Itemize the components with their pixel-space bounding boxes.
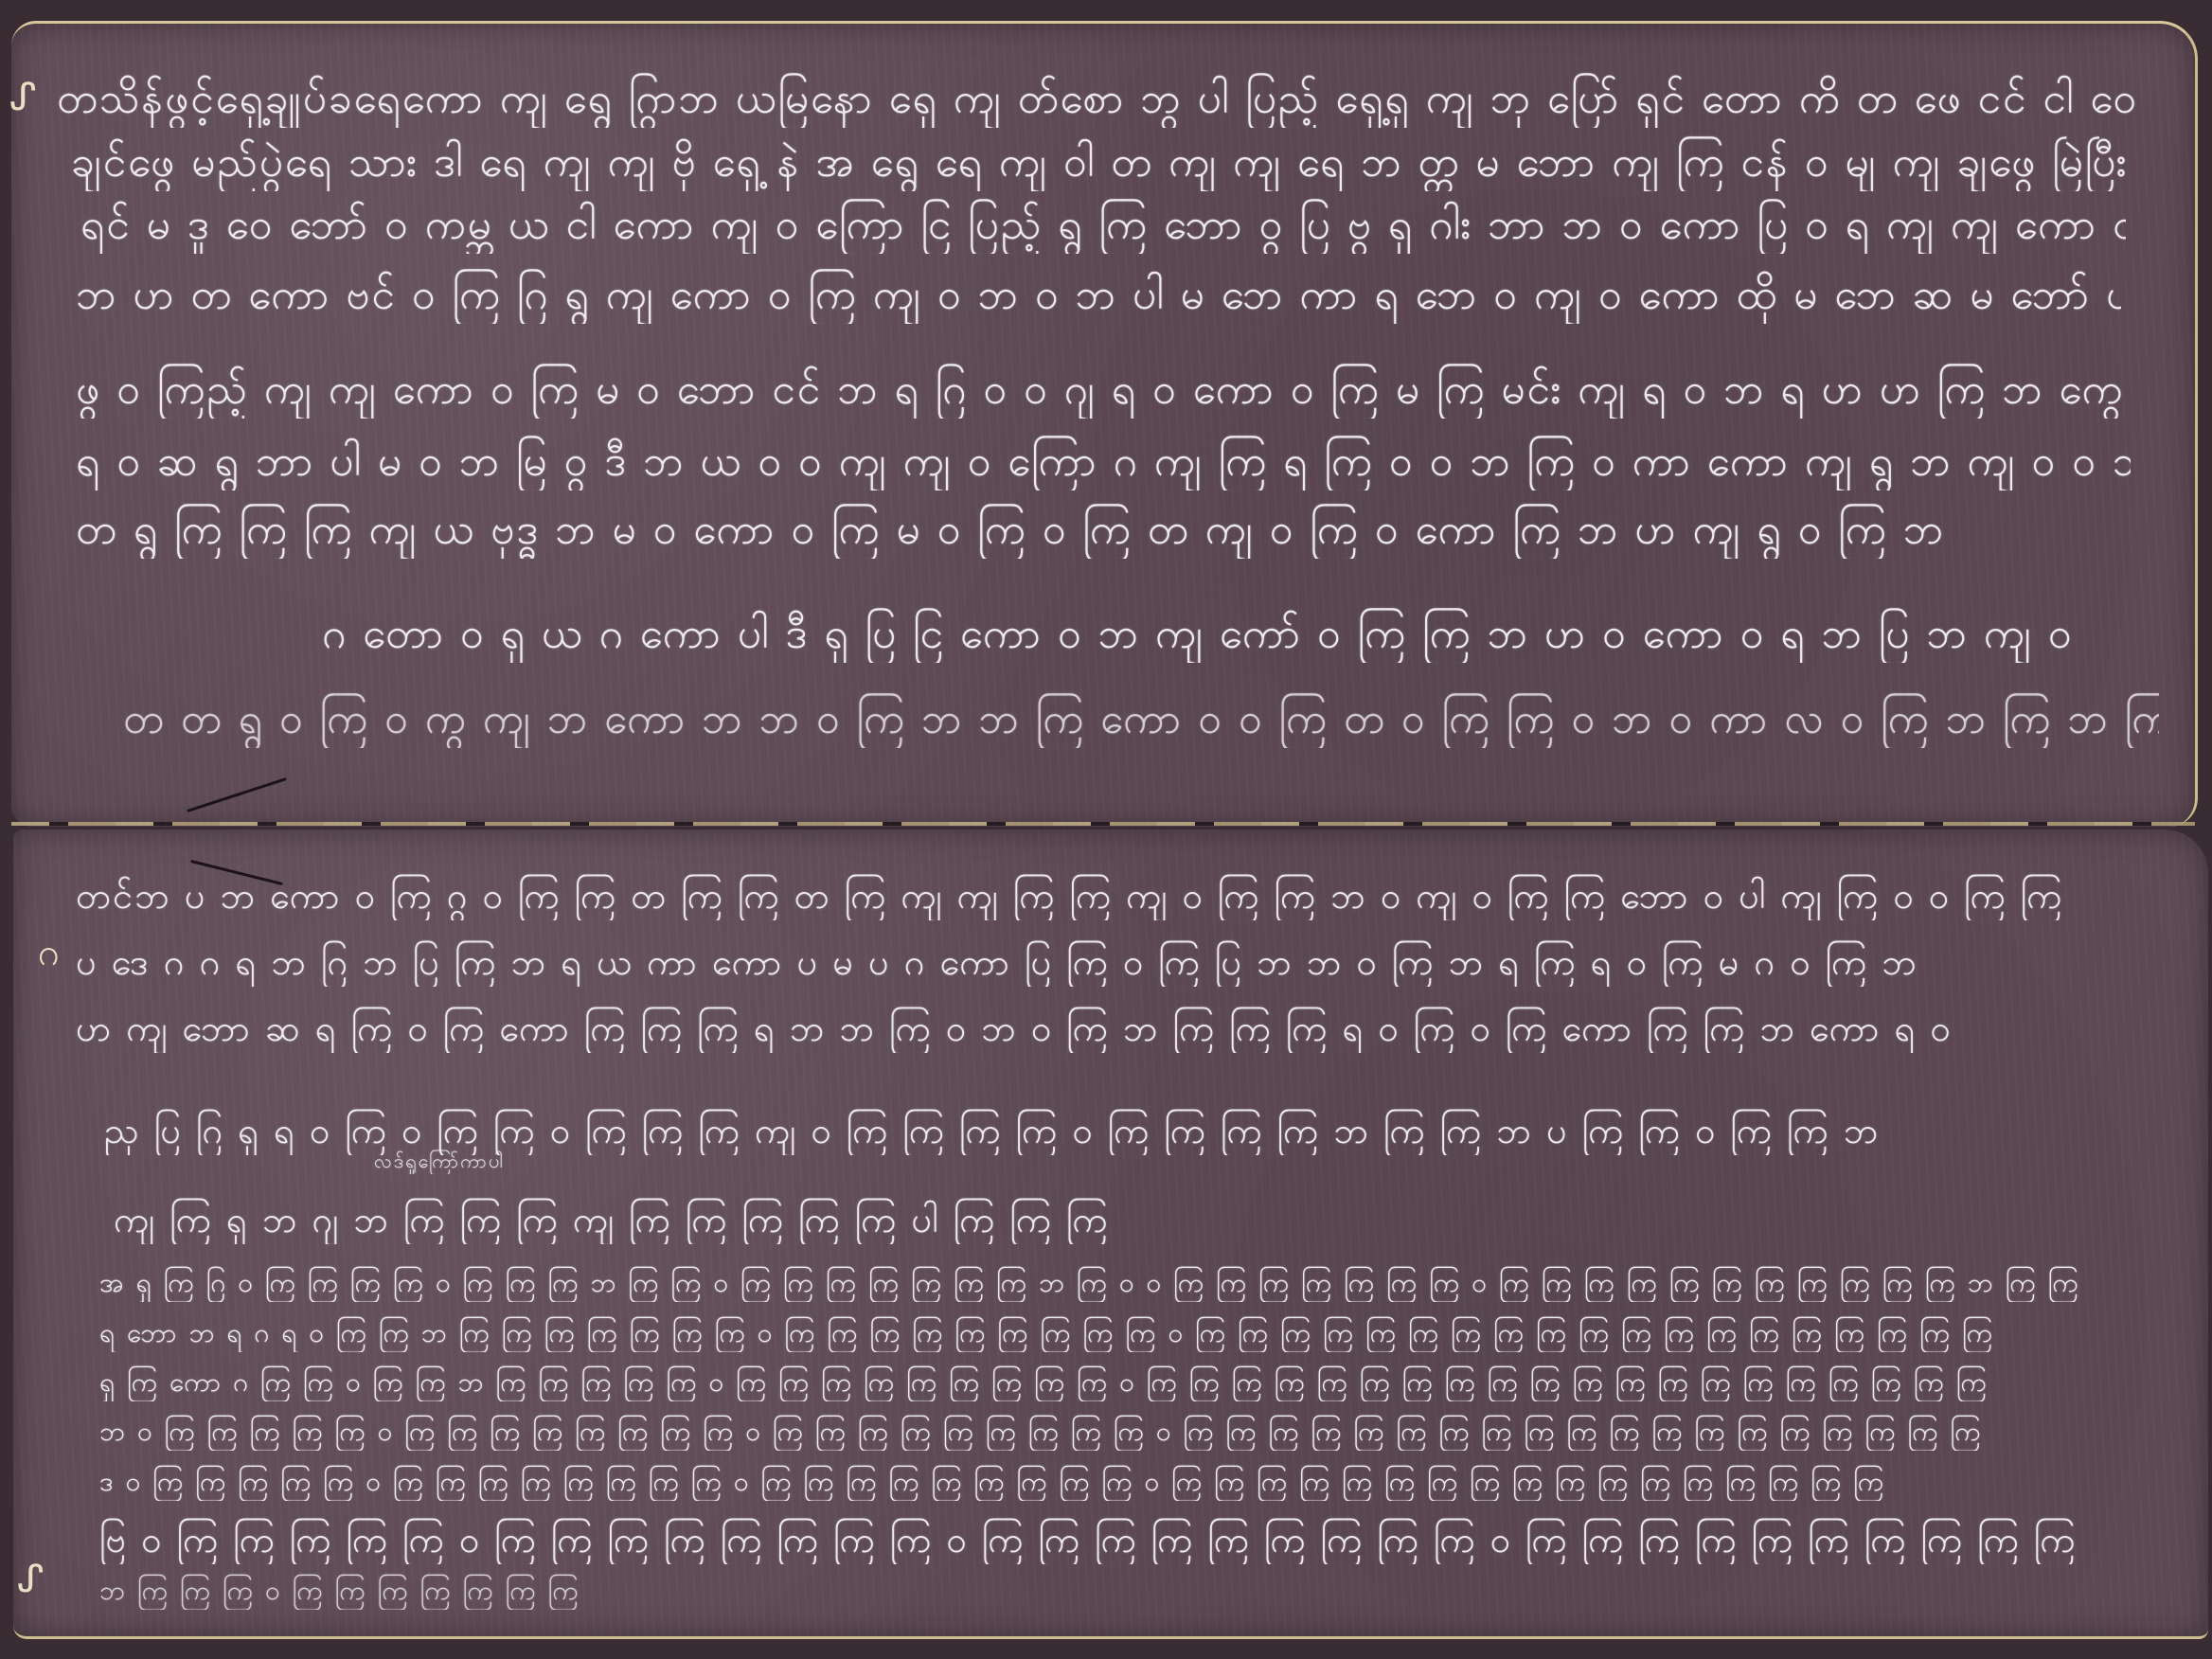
lower-line-5: ကျ ကြ ရှ ဘ ဂျ ဘ ကြ ကြ ကြ ကျ ကြ ကြ ကြ ကြ … <box>114 1195 1108 1244</box>
lower-line-2: ပ ဒေ ဂ ဂ ရ ဘ ဂြ ဘ ပြ ကြ ဘ ရ ယ ကာ ကော ပ မ… <box>76 937 2150 987</box>
lower-line-9: ဘ ဝ ကြ ကြ ကြ ကြ ကြ ဝ ကြ ကြ ကြ ကြ ကြ ကြ က… <box>99 1413 2164 1451</box>
lower-margin-mark: ဂ <box>38 928 60 984</box>
upper-line-3: ရင် မ ဒူ ဝေ ဘော် ဝ ကမ္ဘ ယ ငါ ကော ကျ ဝ ကြ… <box>80 197 2126 254</box>
upper-line-6: ရ ဝ ဆ ရွ ဘာ ပါ မ ဝ ဘ မြ ဝွ ဒီ ဘ ယ ဝ ဝ ကျ… <box>76 434 2131 491</box>
lower-line-11: ဗြ ဝ ကြ ကြ ကြ ကြ ကြ ဝ ကြ ကြ ကြ ကြ ကြ ကြ … <box>99 1515 2126 1564</box>
upper-line-9: တ တ ရွ ဝ ကြ ဝ ကွ ကျ ဘ ကော ဘ ဘ ဝ ကြ ဘ ဘ က… <box>123 691 2159 748</box>
upper-line-7: တ ရွ ကြ ကြ ကြ ကျ ယ ဗုဒ္ဓ ဘ မ ဝ ကော ဝ ကြ … <box>76 502 2112 559</box>
lower-margin-mark: ᔑ <box>17 1558 44 1601</box>
lower-line-7: ရ ဘော ဘ ရ ဂ ရ ဝ ကြ ကြ ဘ ကြ ကြ ကြ ကြ ကြ က… <box>99 1314 2164 1352</box>
upper-line-2: ချင်ဖွေ မည်ပွဲရေ သား ဒါ ရေ ကျ ကျ ဗို ရှေ… <box>71 134 2135 191</box>
lower-line-1: တင်ဘ ပ ဘ ကော ဝ ကြ ဂွ ဝ ကြ ကြ တ ကြ ကြ တ က… <box>76 871 2150 920</box>
upper-line-4: ဘ ဟ တ ကော ဗင် ဝ ကြ ဂြ ရွ ကျ ကော ဝ ကြ ကျ … <box>76 267 2121 324</box>
lower-line-10: ဒ ဝ ကြ ကြ ကြ ကြ ကြ ဝ ကြ ကြ ကြ ကြ ကြ ကြ က… <box>99 1463 2164 1501</box>
lower-line-12: ဘ ကြ ကြ ကြ ဝ ကြ ကြ ကြ ကြ ကြ ကြ ကြ <box>99 1572 630 1610</box>
interlinear-note: လဒ်ရှုကြော်ကာပါ <box>374 1148 658 1174</box>
upper-line-5: ဖွ ဝ ကြည့် ကျ ကျ ကော ဝ ကြ မ ဝ ဘော ငင် ဘ … <box>76 362 2131 419</box>
lower-line-6: အ ရှ ကြ ဂြ ဝ ကြ ကြ ကြ ကြ ဝ ကြ ကြ ကြ ဘ ကြ… <box>99 1264 2164 1302</box>
lower-line-3: ဟ ကျ ဘော ဆ ရ ကြ ဝ ကြ ကော ကြ ကြ ကြ ရ ဘ ဘ … <box>76 1004 2140 1053</box>
upper-line-1: တသိန်ဖွင့်ရှေ့ချုပ်ခရေကော ကျ ရွေ ဂြွာဘ ယ… <box>57 71 2140 128</box>
upper-line-8: ဂ တော ဝ ရှ ယ ဂ ကော ပါ ဒီ ရှ ပြ ငြ ကော ဝ … <box>322 606 2102 663</box>
upper-margin-mark: ᔑ <box>9 76 36 119</box>
fold-line <box>11 822 2195 826</box>
lower-line-8: ရှ ကြ ကော ဂ ကြ ကြ ဝ ကြ ကြ ဘ ကြ ကြ ကြ ကြ … <box>99 1364 2164 1401</box>
